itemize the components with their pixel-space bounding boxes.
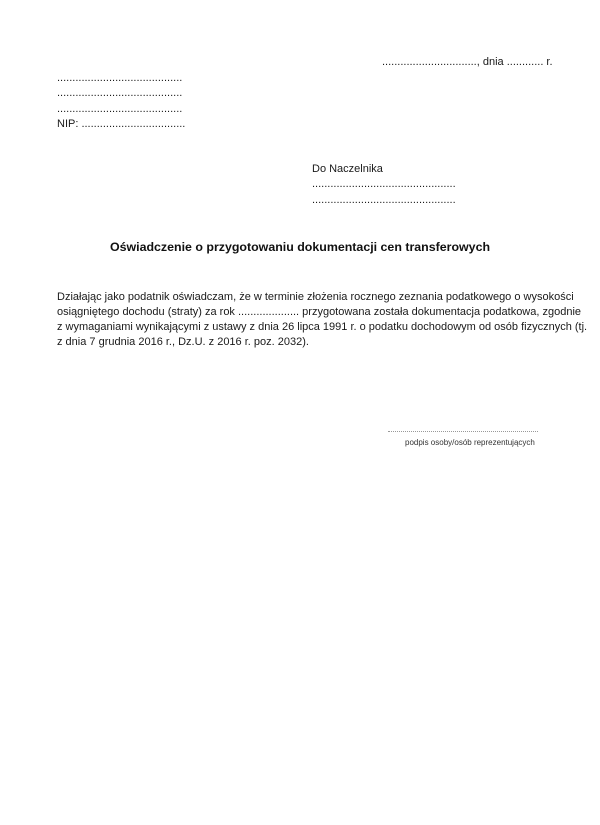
signature-line (388, 431, 538, 432)
sender-address-line-1: ........................................… (57, 86, 185, 101)
sender-nip-line: NIP: .................................. (57, 117, 185, 132)
body-line-1: Działając jako podatnik oświadczam, że w… (57, 290, 543, 305)
body-line-3: z wymaganiami wynikającymi z ustawy z dn… (57, 320, 543, 335)
declaration-body: Działając jako podatnik oświadczam, że w… (57, 290, 543, 350)
body-line-4: z dnia 7 grudnia 2016 r., Dz.U. z 2016 r… (57, 335, 543, 350)
recipient-block: Do Naczelnika ..........................… (312, 162, 456, 208)
signature-caption: podpis osoby/osób reprezentujących (405, 438, 535, 447)
body-line-2: osiągniętego dochodu (straty) za rok ...… (57, 305, 543, 320)
sender-name-line: ........................................… (57, 71, 185, 86)
document-title: Oświadczenie o przygotowaniu dokumentacj… (0, 240, 600, 254)
sender-address-line-2: ........................................… (57, 102, 185, 117)
recipient-salutation: Do Naczelnika (312, 162, 456, 177)
recipient-office-line-2: ........................................… (312, 193, 456, 208)
place-date-field: ..............................., dnia ..… (382, 56, 553, 68)
sender-block: ........................................… (57, 71, 185, 132)
recipient-office-line-1: ........................................… (312, 177, 456, 192)
